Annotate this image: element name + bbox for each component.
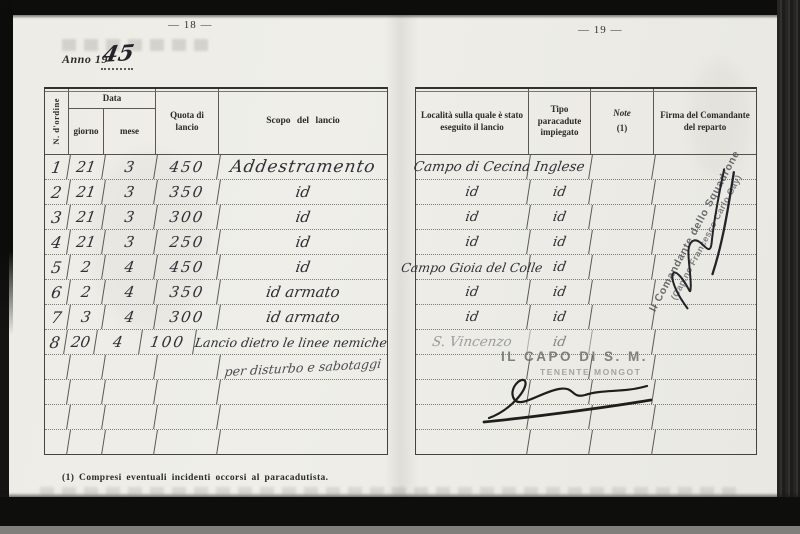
column-header-ordine-label: N. d'ordine xyxy=(51,98,62,145)
cell-mese: 3 xyxy=(102,155,158,179)
cell-giorno xyxy=(67,380,106,404)
cell-scopo: per disturbo e sabotaggi xyxy=(217,351,389,384)
column-header-tipo: Tipo paracadute impiegato xyxy=(529,89,591,154)
cell-quota: 300 xyxy=(154,205,221,229)
chief-of-staff-signature xyxy=(481,372,657,426)
cell-localita xyxy=(414,430,531,455)
table-row xyxy=(416,430,756,455)
cell-localita: id xyxy=(414,205,531,229)
column-header-ordine: N. d'ordine xyxy=(45,89,69,154)
cell-tipo: id xyxy=(527,205,593,229)
cell-giorno xyxy=(67,355,106,379)
cell-firma xyxy=(652,380,758,404)
cell-giorno: 2 xyxy=(67,255,106,279)
table-header-right: Località sulla quale è stato eseguito il… xyxy=(416,89,756,155)
year-dotted-line xyxy=(101,68,133,70)
cell-firma xyxy=(652,330,758,354)
column-header-data: Data xyxy=(69,89,155,109)
cell-mese xyxy=(102,380,158,404)
column-header-quota: Quota di lancio xyxy=(156,89,219,154)
cell-mese xyxy=(102,430,158,455)
cell-quota xyxy=(154,355,221,379)
column-header-giorno: giorno xyxy=(69,109,104,154)
cell-giorno: 21 xyxy=(67,205,106,229)
bleedthrough-artifact xyxy=(62,39,214,51)
table-row: 4 21 3 250 id xyxy=(45,230,387,255)
table-row xyxy=(45,405,387,430)
table-row: 7 3 4 300 id armato xyxy=(45,305,387,330)
table-row: id id xyxy=(416,305,756,330)
cell-mese xyxy=(102,355,158,379)
cell-quota: 350 xyxy=(154,280,221,304)
cell-localita: Campo di Cecina xyxy=(414,155,531,179)
table-row: 5 2 4 450 id xyxy=(45,255,387,280)
cell-giorno: 21 xyxy=(67,180,106,204)
cell-scopo: id xyxy=(217,255,389,279)
cell-mese: 4 xyxy=(102,255,158,279)
cell-quota xyxy=(154,405,221,429)
cell-note xyxy=(589,280,656,304)
cell-scopo: id armato xyxy=(217,280,389,304)
cell-quota: 300 xyxy=(154,305,221,329)
cell-tipo xyxy=(527,430,593,455)
column-header-localita: Località sulla quale è stato eseguito il… xyxy=(416,89,529,154)
table-row: per disturbo e sabotaggi xyxy=(45,355,387,380)
cell-quota: 450 xyxy=(154,255,221,279)
cell-localita: id xyxy=(414,280,531,304)
cell-firma xyxy=(652,430,758,455)
data-subheaders: giorno mese xyxy=(69,109,155,154)
cell-scopo: id xyxy=(217,230,389,254)
cell-scopo xyxy=(217,380,389,404)
jump-log-table-left: N. d'ordine Data giorno mese Quota di la… xyxy=(44,87,388,455)
column-header-note: Note (1) xyxy=(591,89,654,154)
page-number-right: — 19 — xyxy=(578,24,623,36)
table-body-left: 1 21 3 450 Addestramento 2 21 3 350 id 3… xyxy=(45,155,387,455)
cell-localita: id xyxy=(414,305,531,329)
cell-scopo: Addestramento xyxy=(217,155,389,179)
cell-giorno: 21 xyxy=(67,230,106,254)
column-header-data-group: Data giorno mese xyxy=(69,89,156,154)
cell-note xyxy=(589,205,656,229)
cell-tipo: id xyxy=(527,305,593,329)
cell-quota xyxy=(154,430,221,455)
cell-quota: 100 xyxy=(139,330,197,354)
footnote: (1) Compresi eventuali incidenti occorsi… xyxy=(62,473,328,483)
cell-firma xyxy=(652,355,758,379)
cell-tipo: id xyxy=(527,280,593,304)
cell-giorno xyxy=(67,405,106,429)
scan-border-right xyxy=(777,0,800,508)
cell-scopo: id xyxy=(217,205,389,229)
cell-localita: Campo Gioia del Colle xyxy=(414,255,531,279)
cell-mese xyxy=(102,405,158,429)
cell-giorno: 3 xyxy=(67,305,106,329)
chief-of-staff-stamp: IL CAPO DI S. M. xyxy=(501,349,648,364)
table-row: 6 2 4 350 id armato xyxy=(45,280,387,305)
cell-quota: 350 xyxy=(154,180,221,204)
cell-note xyxy=(589,255,656,279)
table-row: 3 21 3 300 id xyxy=(45,205,387,230)
scan-border-top xyxy=(0,0,800,15)
table-row xyxy=(45,380,387,405)
cell-mese: 3 xyxy=(102,180,158,204)
note-label: Note xyxy=(613,108,631,120)
cell-mese: 4 xyxy=(102,280,158,304)
table-row: 8 20 4 100 Lancio dietro le linee nemich… xyxy=(45,330,387,355)
scan-background-strip xyxy=(0,526,800,534)
cell-quota xyxy=(154,380,221,404)
handwritten-year: 45 xyxy=(100,40,136,68)
cell-firma xyxy=(652,405,758,429)
cell-mese: 4 xyxy=(102,305,158,329)
scan-border-bottom xyxy=(0,497,800,528)
cell-giorno xyxy=(67,430,106,455)
cell-tipo: id xyxy=(527,230,593,254)
cell-scopo xyxy=(217,430,389,455)
scan-border-left xyxy=(0,0,13,335)
cell-quota: 450 xyxy=(154,155,221,179)
cell-note xyxy=(589,180,656,204)
column-header-scopo: Scopo del lancio xyxy=(219,89,387,154)
cell-mese: 3 xyxy=(102,205,158,229)
cell-giorno: 21 xyxy=(67,155,106,179)
column-header-mese: mese xyxy=(104,109,155,154)
cell-localita: id xyxy=(414,230,531,254)
note-ref: (1) xyxy=(617,123,628,135)
cell-scopo: id armato xyxy=(217,305,389,329)
cell-scopo: Lancio dietro le linee nemiche xyxy=(193,330,389,354)
cell-note xyxy=(589,230,656,254)
cell-tipo: id xyxy=(527,180,593,204)
cell-scopo xyxy=(217,405,389,429)
table-header-left: N. d'ordine Data giorno mese Quota di la… xyxy=(45,89,387,155)
cell-mese: 4 xyxy=(94,330,143,354)
cell-note xyxy=(589,430,656,455)
table-row: Campo di Cecina Inglese xyxy=(416,155,756,180)
cell-note xyxy=(589,155,656,179)
bleedthrough-artifact xyxy=(40,487,740,495)
cell-tipo: id xyxy=(527,255,593,279)
cell-localita: id xyxy=(414,180,531,204)
cell-mese: 3 xyxy=(102,230,158,254)
cell-quota: 250 xyxy=(154,230,221,254)
table-row: 2 21 3 350 id xyxy=(45,180,387,205)
scanned-logbook-page: — 18 — — 19 — Anno 19 45 (1) Compresi ev… xyxy=(0,0,800,534)
cell-giorno: 20 xyxy=(64,330,98,354)
cell-giorno: 2 xyxy=(67,280,106,304)
cell-tipo: Inglese xyxy=(527,155,593,179)
cell-scopo: id xyxy=(217,180,389,204)
table-row xyxy=(45,430,387,455)
table-row: 1 21 3 450 Addestramento xyxy=(45,155,387,180)
page-number-left: — 18 — xyxy=(168,19,213,31)
